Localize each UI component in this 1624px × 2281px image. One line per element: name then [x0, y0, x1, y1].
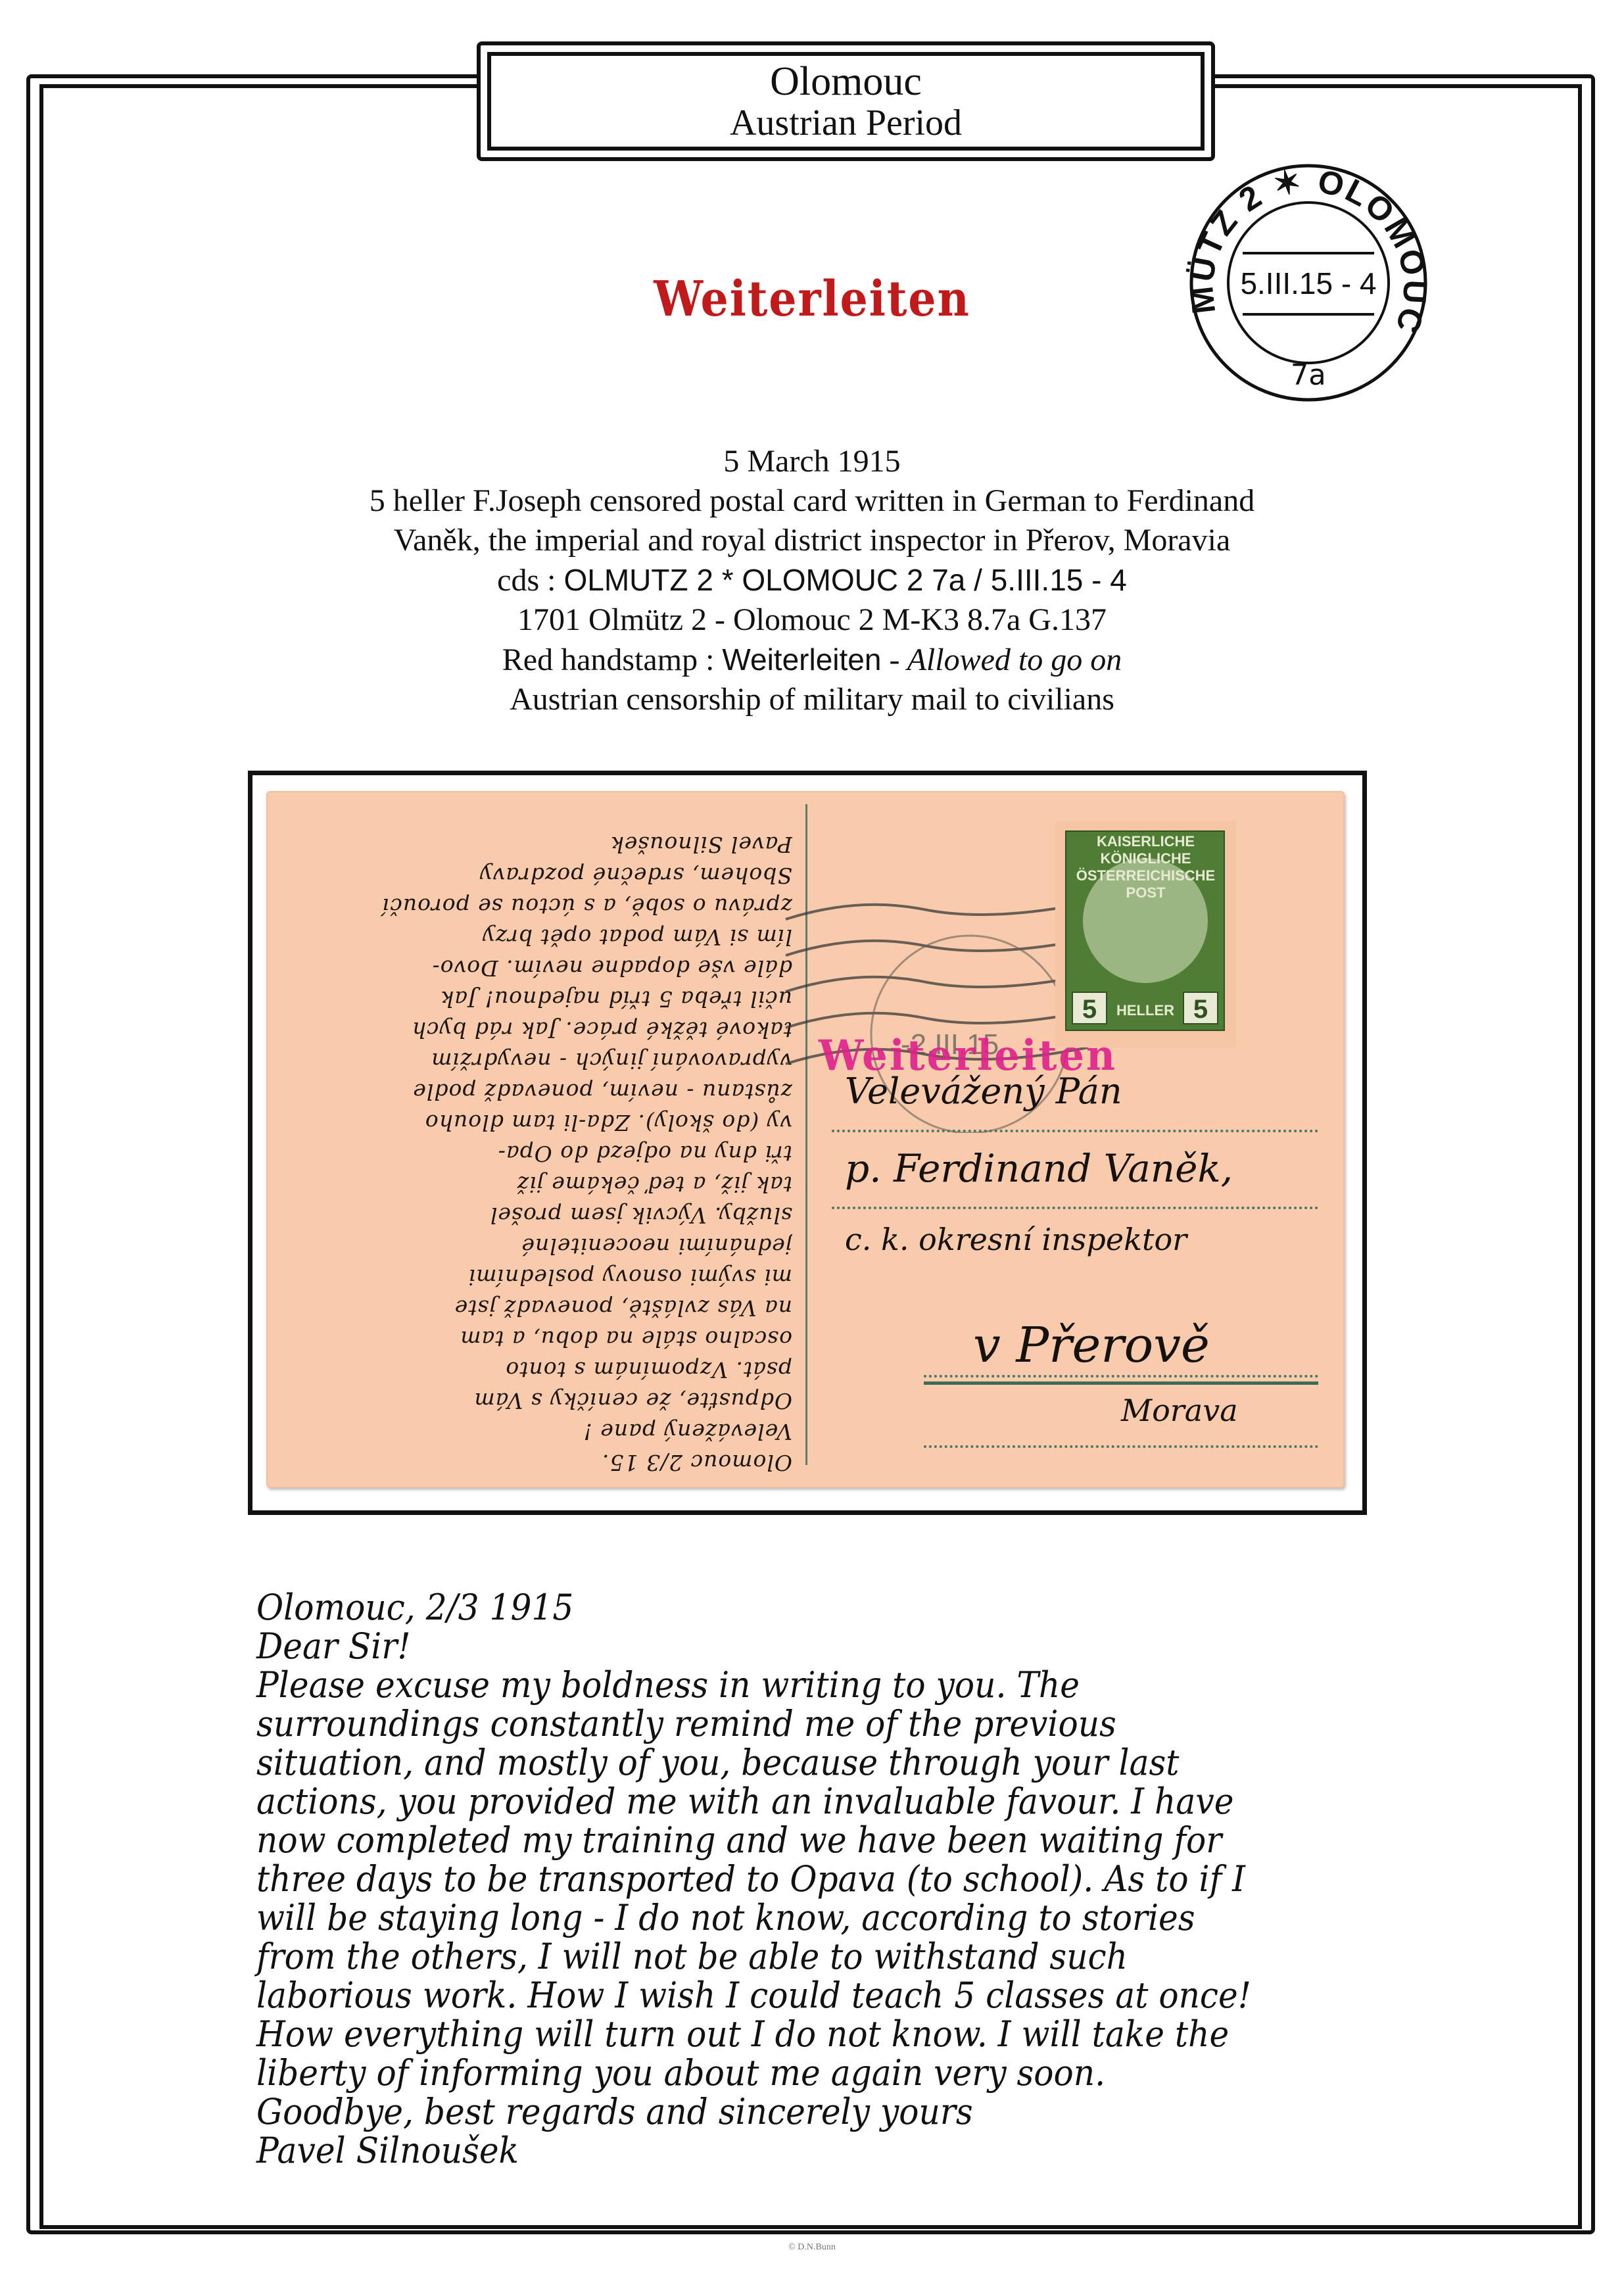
cds-bottom-text: 7a — [1291, 358, 1326, 392]
message-line: Velevážený pane ! — [279, 1416, 792, 1447]
message-line: služby. Výcvik jsem prošel — [279, 1200, 792, 1231]
description-catalogue: 1701 Olmütz 2 - Olomouc 2 M-K3 8.7a G.13… — [197, 600, 1427, 640]
message-line: vypravování jiných - nevydržím — [279, 1045, 792, 1076]
description-censorship: Austrian censorship of military mail to … — [197, 680, 1427, 719]
transcription-line: liberty of informing you about me again … — [256, 2053, 1357, 2092]
description-line-2: Vaněk, the imperial and royal district i… — [197, 521, 1427, 560]
address-town: v Přerově — [973, 1317, 1210, 1374]
transcription-line: from the others, I will not be able to w… — [256, 1937, 1357, 1976]
message-line: Sbohem, srdečné pozdravy — [279, 860, 792, 891]
address-dotted-line — [924, 1375, 1318, 1378]
transcription-line: Dear Sir! — [256, 1627, 1357, 1666]
message-line: zůstanu - nevím, ponevadž podle — [279, 1076, 792, 1107]
message-line: vy (do školy). Zda-li tam dlouho — [279, 1107, 792, 1138]
message-line: takové těžké práce. Jak rád bych — [279, 1015, 792, 1045]
description-cds: cds : OLMUTZ 2 * OLOMOUC 2 7a / 5.III.15… — [197, 560, 1427, 600]
transcription-line: How everything will turn out I do not kn… — [256, 2015, 1357, 2053]
postcard: Olomouc 2/3 15. Velevážený pane ! Odpusť… — [266, 791, 1345, 1488]
transcription-line: Pavel Silnoušek — [256, 2131, 1357, 2170]
description-block: 5 March 1915 5 heller F.Joseph censored … — [197, 442, 1427, 719]
handstamp-meaning: - Allowed to go on — [881, 642, 1122, 677]
message-line: zprávu o sobě, a s úctou se poroučí — [279, 891, 792, 922]
cds-date: 5.III.15 - 4 — [1240, 266, 1376, 300]
address-region: Morava — [1121, 1393, 1238, 1428]
transcription-line: Olomouc, 2/3 1915 — [256, 1588, 1357, 1627]
message-line: psát. Vzpomínám s tonto — [279, 1355, 792, 1385]
transcription: Olomouc, 2/3 1915 Dear Sir! Please excus… — [256, 1588, 1357, 2170]
address-dotted-line — [924, 1445, 1318, 1448]
address-underline — [924, 1381, 1318, 1385]
message-line: tři dny na odjezd do Opa- — [279, 1138, 792, 1169]
cancellation-postmark-icon: OLMÜTZ 2 ✶ OLOMOUC 2 5.III.15 - 4 7a — [1183, 158, 1433, 408]
transcription-line: will be staying long - I do not know, ac… — [256, 1898, 1357, 1937]
message-line: Odpusťte, že ceníčky s Vám — [279, 1385, 792, 1416]
page-subtitle: Austrian Period — [730, 103, 962, 143]
message-line: tak již, a teď čekáme již — [279, 1169, 792, 1200]
message-line: dále vše dopadne nevím. Dovo- — [279, 953, 792, 984]
stamp-design: KAISERLICHE KÖNIGLICHE ÖSTERREICHISCHE P… — [1065, 830, 1225, 1031]
message-line: Olomouc 2/3 15. — [279, 1447, 792, 1478]
message-line: na Vás zvláště, ponevadž jste — [279, 1293, 792, 1324]
title-box: Olomouc Austrian Period — [477, 41, 1215, 161]
message-line: lím si Vám podat opět brzy — [279, 922, 792, 953]
title-box-inner: Olomouc Austrian Period — [487, 52, 1205, 151]
address-dotted-line — [832, 1130, 1318, 1132]
transcription-line: three days to be transported to Opava (t… — [256, 1860, 1357, 1898]
address-title: c. k. okresní inspektor — [845, 1222, 1187, 1257]
transcription-line: Goodbye, best regards and sincerely your… — [256, 2092, 1357, 2131]
stamp-value-left: 5 — [1072, 992, 1107, 1024]
stamp-rim-text: KAISERLICHE KÖNIGLICHE ÖSTERREICHISCHE P… — [1069, 833, 1222, 901]
postcard-message: Olomouc 2/3 15. Velevážený pane ! Odpusť… — [279, 801, 792, 1478]
transcription-line: now completed my training and we have be… — [256, 1821, 1357, 1860]
cds-value: OLMUTZ 2 * OLOMOUC 2 7a / 5.III.15 - 4 — [563, 563, 1126, 597]
address-salutation: Velevážený Pán — [845, 1070, 1122, 1112]
transcription-line: situation, and mostly of you, because th… — [256, 1743, 1357, 1782]
description-line-1: 5 heller F.Joseph censored postal card w… — [197, 481, 1427, 521]
message-line: jednáními neocenitelné — [279, 1231, 792, 1262]
transcription-line: laborious work. How I wish I could teach… — [256, 1976, 1357, 2015]
message-line: oscalno stále na dobu, a tam — [279, 1324, 792, 1355]
address-dotted-line — [832, 1207, 1318, 1209]
transcription-line: Please excuse my boldness in writing to … — [256, 1666, 1357, 1704]
description-date: 5 March 1915 — [197, 442, 1427, 481]
copyright-notice: © D.N.Bunn — [0, 2242, 1624, 2253]
stamp-value-right: 5 — [1183, 992, 1218, 1024]
description-handstamp: Red handstamp : Weiterleiten - Allowed t… — [197, 640, 1427, 680]
stamp-denomination: HELLER — [1112, 1002, 1178, 1019]
handstamp-value: Weiterleiten — [722, 642, 881, 677]
message-line: Pavel Silnoušek — [279, 829, 792, 860]
cds-top-text: OLMÜTZ 2 ✶ OLOMOUC 2 — [1183, 158, 1433, 339]
page-title: Olomouc — [770, 60, 922, 103]
transcription-line: surroundings constantly remind me of the… — [256, 1704, 1357, 1743]
message-line: mi svými osnovy posledními — [279, 1262, 792, 1293]
postage-stamp: KAISERLICHE KÖNIGLICHE ÖSTERREICHISCHE P… — [1055, 821, 1236, 1047]
svg-text:OLMÜTZ 2 ✶ OLOMOUC 2: OLMÜTZ 2 ✶ OLOMOUC 2 — [1183, 158, 1433, 339]
address-name: p. Ferdinand Vaněk, — [845, 1146, 1233, 1191]
transcription-line: actions, you provided me with an invalua… — [256, 1782, 1357, 1821]
message-line: učil třeba 5 tříd najednou! Jak — [279, 984, 792, 1015]
